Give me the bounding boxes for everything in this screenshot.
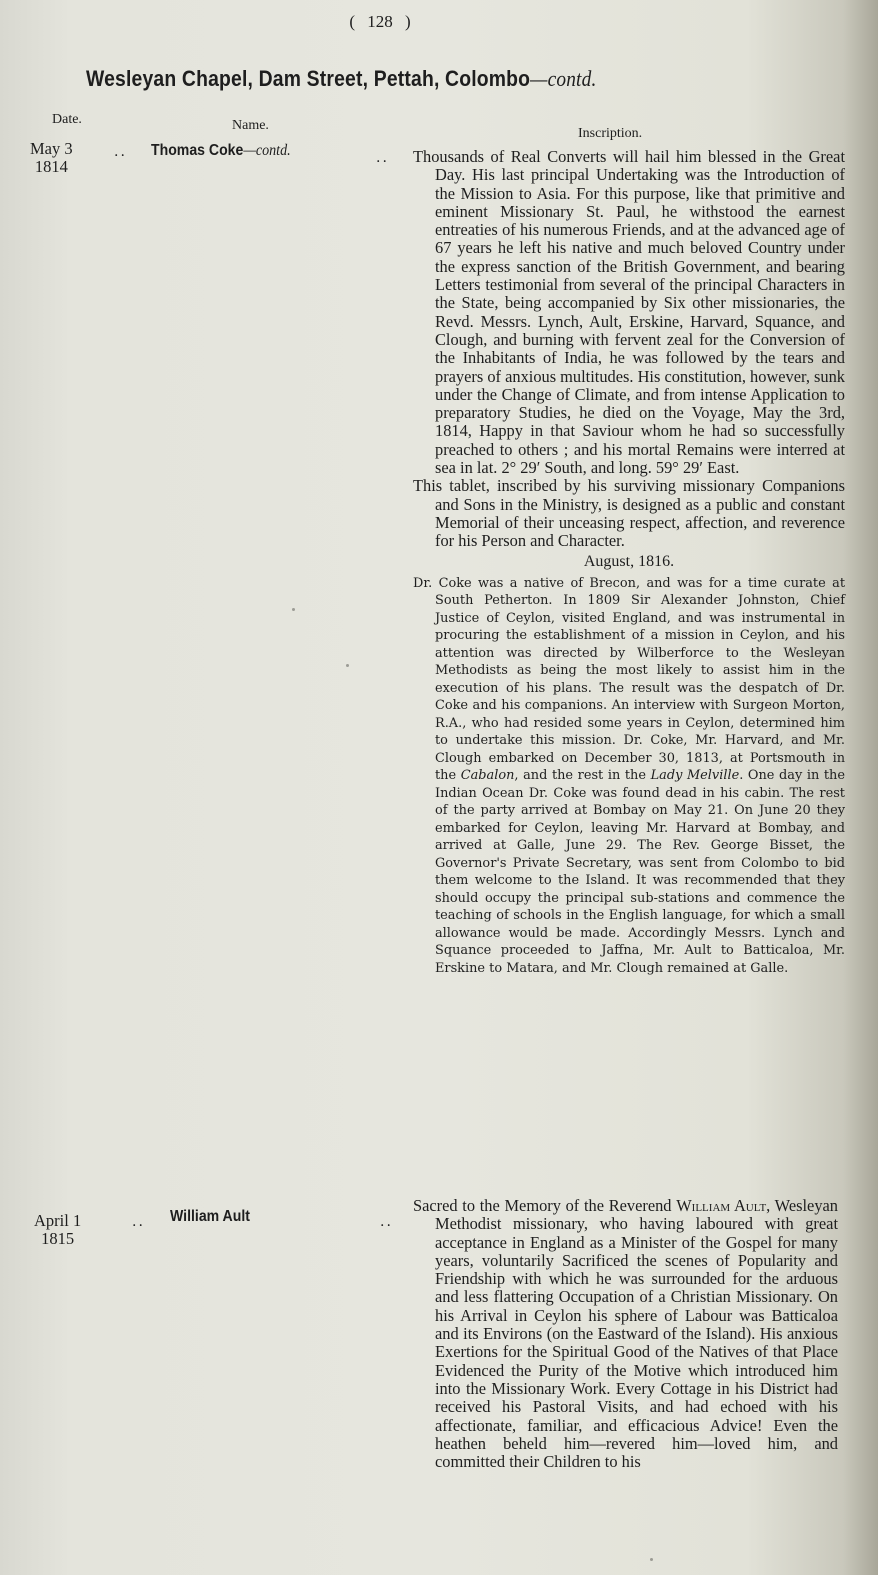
honoree-name: William Ault (676, 1196, 766, 1215)
inscription-paragraph: Thousands of Real Converts will hail him… (413, 148, 845, 477)
entry-name-text: Thomas Coke (151, 142, 243, 159)
inscription-text: Sacred to the Memory of the Reverend (413, 1196, 676, 1215)
entry-date: May 3 1814 (30, 140, 73, 176)
page-title: Wesleyan Chapel, Dam Street, Pettah, Col… (86, 66, 596, 92)
column-header-inscription: Inscription. (578, 126, 642, 142)
leader-dots: .. (376, 150, 389, 166)
inscription-date: August, 1816. (413, 553, 845, 571)
title-contd: —contd. (530, 66, 596, 91)
entry-name: Thomas Coke—contd. (151, 142, 291, 160)
entry-name-contd: —contd. (243, 142, 290, 159)
note-text: Dr. Coke was a native of Brecon, and was… (413, 576, 845, 784)
ship-name: Lady Melville (651, 768, 740, 783)
entry-date: April 1 1815 (34, 1212, 81, 1248)
inscription-text: , Wesleyan Methodist missionary, who hav… (435, 1196, 838, 1471)
paper-speck (650, 1558, 653, 1561)
inscription: Thousands of Real Converts will hail him… (413, 148, 845, 977)
entry-date-day: April 1 (34, 1212, 81, 1230)
inscription-paragraph: Sacred to the Memory of the Reverend Wil… (413, 1197, 838, 1471)
leader-dots: .. (114, 144, 127, 160)
entry-name: William Ault (170, 1208, 250, 1226)
entry-date-day: May 3 (30, 140, 73, 158)
paper-speck (292, 608, 295, 611)
entry-date-year: 1814 (30, 158, 73, 176)
inscription: Sacred to the Memory of the Reverend Wil… (413, 1197, 838, 1471)
paper-speck (346, 664, 349, 667)
title-main: Wesleyan Chapel, Dam Street, Pettah, Col… (86, 66, 530, 91)
column-header-name: Name. (232, 118, 269, 134)
note-text: , and the rest in the (514, 768, 650, 783)
ship-name: Cabalon (461, 768, 515, 783)
inscription-paragraph: This tablet, inscribed by his surviving … (413, 477, 845, 550)
entry-date-year: 1815 (34, 1230, 81, 1248)
historical-note: Dr. Coke was a native of Brecon, and was… (413, 575, 845, 978)
leader-dots: .. (132, 1214, 145, 1230)
leader-dots: .. (380, 1214, 393, 1230)
page-number: ( 128 ) (0, 12, 760, 32)
note-text: . One day in the Indian Ocean Dr. Coke w… (435, 768, 845, 976)
column-header-date: Date. (52, 112, 82, 128)
